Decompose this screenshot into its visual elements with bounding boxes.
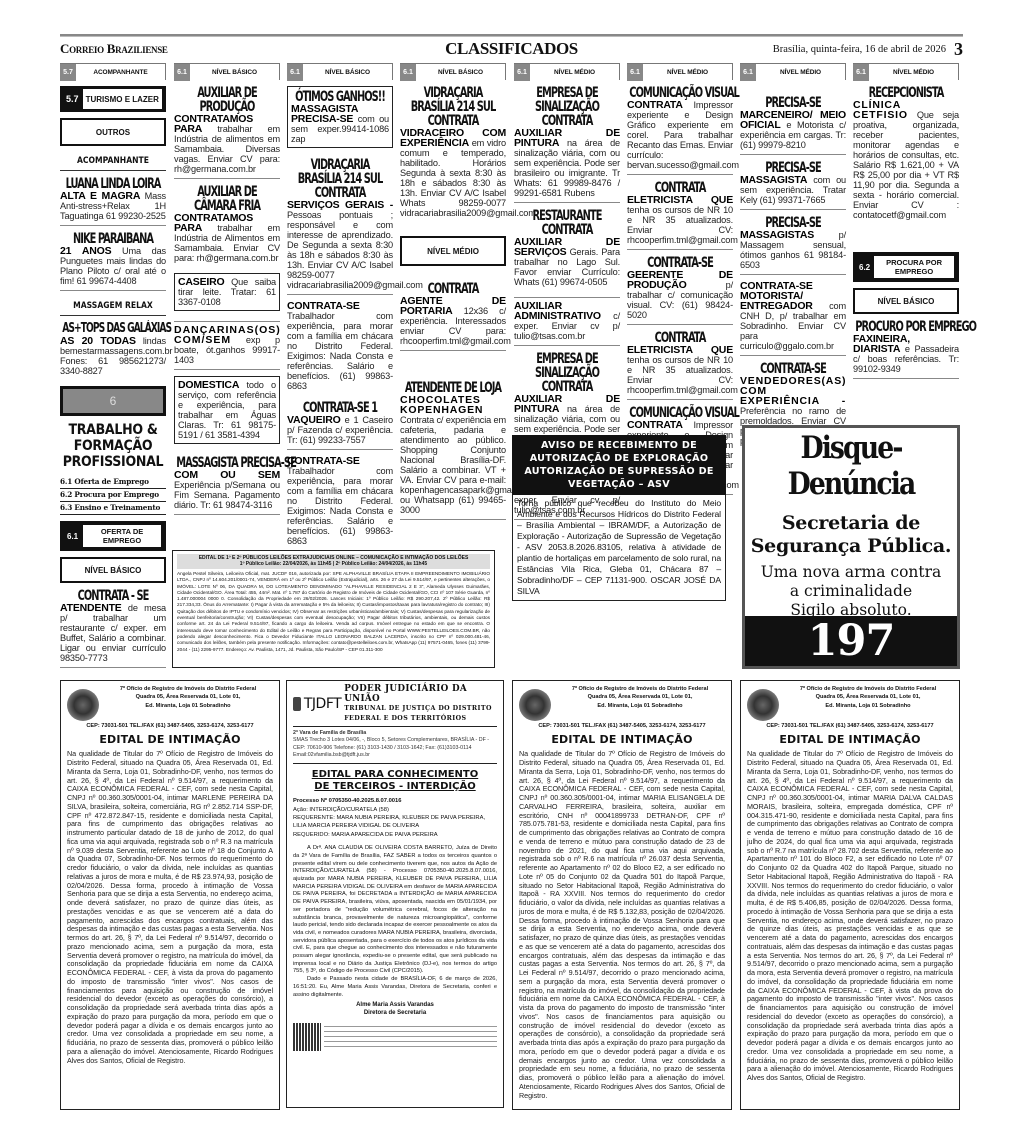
auction-notice-body: Angela Pestel Silveira, Leiloeira Oficia… [177, 571, 490, 653]
classified-ad: CONTRATA-SE GEERENTE DE PRODUÇÃO p/ trab… [627, 256, 733, 325]
notice-body: Na qualidade de Titular do 7º Ofício de … [747, 750, 953, 1083]
level-nivel-medio: NÍVEL MÉDIO [400, 236, 506, 266]
issue-date: Brasília, quinta-feira, 16 de abril de 2… [773, 44, 946, 55]
column-8: 6.1 NÍVEL MÉDIO RECEPCIONISTA CLÍNICA CE… [853, 63, 959, 385]
registry-seal-icon [747, 689, 779, 721]
vegetation-notice-body: Torna público que recebeu do Instituto d… [512, 495, 726, 601]
classified-ad: CASEIRO Que saiba tirar leite. Tratar: 6… [174, 273, 280, 311]
section-title: CLASSIFICADOS [445, 39, 578, 59]
disque-secretaria: Secretaria de Segurança Pública. [745, 512, 957, 558]
page-number: 3 [954, 39, 963, 60]
masthead-rule [60, 34, 963, 37]
classified-ad: AS+TOPS DAS GALÁXIAS AS 20 TODAS lindas … [60, 322, 166, 380]
level-nivel-basico: NÍVEL BÁSICO [60, 557, 166, 583]
level-nivel-basico: NÍVEL BÁSICO [853, 288, 959, 314]
classified-ad: CONTRATA ELETRICISTA QUE tenha os cursos… [627, 181, 733, 250]
signer-role: Diretora de Secretaria [293, 1009, 497, 1017]
masthead: Correio Braziliense CLASSIFICADOS Brasíl… [60, 38, 963, 60]
category-oferta-emprego: 6.1 OFERTA DE EMPREGO [60, 521, 166, 551]
section-header: 5.7 ACOMPANHANTE [60, 63, 166, 80]
brazil-crest-icon [293, 697, 301, 711]
auction-notice: EDITAL DE 1º E 2º PÚBLICOS LEILÕES EXTRA… [172, 550, 495, 668]
classified-ad: PRECISA-SE MASSAGISTA com ou sem experiê… [740, 161, 846, 210]
section-header: 6.1 NÍVEL BÁSICO [287, 63, 393, 80]
classified-ad: EMPRESA DE SINALIZAÇÃO CONTRATA AUXILIAR… [514, 86, 620, 203]
section-header: 6.1 NÍVEL BÁSICO [400, 63, 506, 80]
classified-ad: VIDRAÇARIA BRASÍLIA 214 SUL CONTRATA VID… [400, 86, 506, 222]
auction-notice-dates: 1º Público Leilão: 22/04/2026, às 11h45 … [177, 561, 490, 567]
section-header: 6.1 NÍVEL MÉDIO [853, 63, 959, 80]
classified-ad: CONTRATA AGENTE DE PORTARIA 12x36 c/ exp… [400, 282, 506, 351]
legal-notice-intimacao: 7º Ofício de Registro de Imóveis do Dist… [512, 680, 732, 1110]
section-header: 6.1 NÍVEL BÁSICO [174, 63, 280, 80]
classified-ad: CONTRATA-SE Trabalhador com experiência,… [287, 456, 393, 550]
digital-signature-info [324, 1023, 497, 1051]
notice-title: EDITAL PARA CONHECIMENTO DE TERCEIROS - … [293, 769, 497, 792]
vegetation-notice-heading: AVISO DE RECEBIMENTO DE AUTORIZAÇÃO DE E… [512, 435, 726, 495]
section-header: 6.1 NÍVEL MÉDIO [627, 63, 733, 80]
classified-ad: COMUNICAÇÃO VISUAL CONTRATA Impressor ex… [627, 86, 733, 175]
classified-ad: AUXILIAR DE PRODUÇÃO CONTRATAMOS PARA tr… [174, 86, 280, 179]
legal-notice-tjdft: TJDFT PODER JUDICIÁRIO DA UNIÃO TRIBUNAL… [286, 680, 504, 1108]
classified-ad: PRECISA-SE MASSAGISTAS p/ Massagem sensu… [740, 216, 846, 275]
classified-ad: NIKE PARAIBANA 21 ANOS Uma das Pung­uete… [60, 232, 166, 291]
notice-title: EDITAL DE INTIMAÇÃO [519, 733, 725, 746]
notice-body: A Drª. ANA CLAUDIA DE OLIVEIRA COSTA BAR… [293, 845, 497, 976]
category-turismo: 5.7 TURISMO E LAZER [60, 86, 166, 112]
registry-seal-icon [519, 689, 551, 721]
classified-ad: PROCURO POR EMPREGO FAXINEIRA, DIARISTA … [853, 320, 959, 379]
section-header: 6.1 NÍVEL MÉDIO [514, 63, 620, 80]
disque-title: Disque-Denúncia [746, 430, 956, 502]
classified-ad: VIDRAÇARIA BRASÍLIA 214 SUL CONTRATA SER… [287, 158, 393, 295]
column-4: 6.1 NÍVEL BÁSICO VIDRAÇARIA BRASÍLIA 214… [400, 63, 506, 526]
subcategory-acompanhante: ACOMPANHANTE [60, 152, 166, 171]
column-7: 6.1 NÍVEL MÉDIO PRECISA-SE MARCENEIRO/ M… [740, 63, 846, 456]
section-name: TRABALHO & FORMAÇÃO PROFISSIONAL [60, 422, 166, 470]
legal-notice-intimacao: 7º Ofício de Registro de Imóveis do Dist… [740, 680, 960, 1110]
notice-title: EDITAL DE INTIMAÇÃO [747, 733, 953, 746]
classified-ad: CONTRATA-SE MOTORISTA/ ENTREGADOR com CN… [740, 281, 846, 356]
classified-ad: MASSAGISTA PRECISA-SE COM OU SEM Experiê… [174, 456, 280, 515]
subcategory-massagem: MASSAGEM RELAX [60, 297, 166, 316]
signer-name: Alme Maria Assis Varandas [293, 1001, 497, 1009]
classified-ad: AUXILIAR ADMINISTRATIVO c/ exper. Enviar… [514, 297, 620, 346]
classified-ad: RESTAURANTE CONTRATA AUXILIAR DE SERVIÇO… [514, 209, 620, 291]
classified-ad: RECEPCIONISTA CLÍNICA CETFISIO Que seja … [853, 86, 959, 224]
disque-slogan: Uma nova arma contra a criminalidade Sig… [745, 563, 957, 620]
classified-ad: PRECISA-SE MARCENEIRO/ MEIO OFICIAL e Mo… [740, 96, 846, 155]
classified-ad: CONTRATA-SE 1 VAQUEIRO e 1 Caseiro p/ Fa… [287, 401, 393, 450]
notice-title: EDITAL DE INTIMAÇÃO [67, 733, 273, 746]
notice-body: Na qualidade de Titular do 7º Ofício de … [519, 750, 725, 1100]
newspaper-brand: Correio Braziliense [60, 41, 168, 57]
classified-ad: CONTRATA ELETRICISTA QUE tenha os cursos… [627, 331, 733, 400]
toc-item-oferta[interactable]: 6.1 Oferta de Emprego [60, 476, 166, 489]
column-1: 5.7 ACOMPANHANTE 5.7 TURISMO E LAZER OUT… [60, 63, 166, 674]
classified-ad: LUANA LINDA LOIRA ALTA E MAGRA Mass Anti… [60, 177, 166, 226]
column-2: 6.1 NÍVEL BÁSICO AUXILIAR DE PRODUÇÃO CO… [174, 63, 280, 521]
legal-notice-intimacao: 7º Ofício de Registro de Imóveis do Dist… [60, 680, 280, 1110]
section-label: ACOMPANHANTE [76, 69, 165, 76]
disque-denuncia-ad: Disque-Denúncia Secretaria de Segurança … [742, 425, 960, 669]
classified-ad: DOMESTICA todo o serviço, com referência… [174, 376, 280, 444]
qr-code-icon[interactable] [293, 1023, 321, 1051]
section-code: 5.7 [60, 64, 76, 81]
column-3: 6.1 NÍVEL BÁSICO ÓTIMOS GANHOS!! MASSAGI… [287, 63, 393, 556]
category-procura-emprego: 6.2 PROCURA POR EMPREGO [853, 252, 959, 282]
classified-ad: AUXILIAR DE CÂMARA FRIA CONTRATAMOS PARA… [174, 185, 280, 267]
classified-ad: CONTRATA-SE Trabalhador com experiência,… [287, 301, 393, 395]
category-outros: OUTROS [60, 118, 166, 146]
toc-item-procura[interactable]: 6.2 Procura por Emprego [60, 489, 166, 502]
classified-ad: ATENDENTE DE LOJA CHOCOLATES KOPENHAGEN … [400, 381, 506, 520]
section-number-block: 6 [60, 386, 166, 416]
classified-ad: ÓTIMOS GANHOS!! MASSAGISTA PRECISA-SE co… [287, 86, 393, 148]
classified-ad: DANÇARINAS(OS) COM/SEM exp p boate, ót.g… [174, 321, 280, 370]
toc-item-ensino[interactable]: 6.3 Ensino e Treinamento [60, 502, 166, 515]
registry-seal-icon [67, 689, 99, 721]
disque-phone-number: 197 [745, 616, 957, 666]
classified-ad: CONTRATA - SE ATENDENTE de mesa p/ traba… [60, 589, 166, 668]
tjdft-logo: TJDFT [304, 696, 341, 712]
notice-body: Na qualidade de Titular do 7º Ofício de … [67, 750, 273, 1065]
section-header: 6.1 NÍVEL MÉDIO [740, 63, 846, 80]
vegetation-notice: AVISO DE RECEBIMENTO DE AUTORIZAÇÃO DE E… [512, 435, 726, 638]
